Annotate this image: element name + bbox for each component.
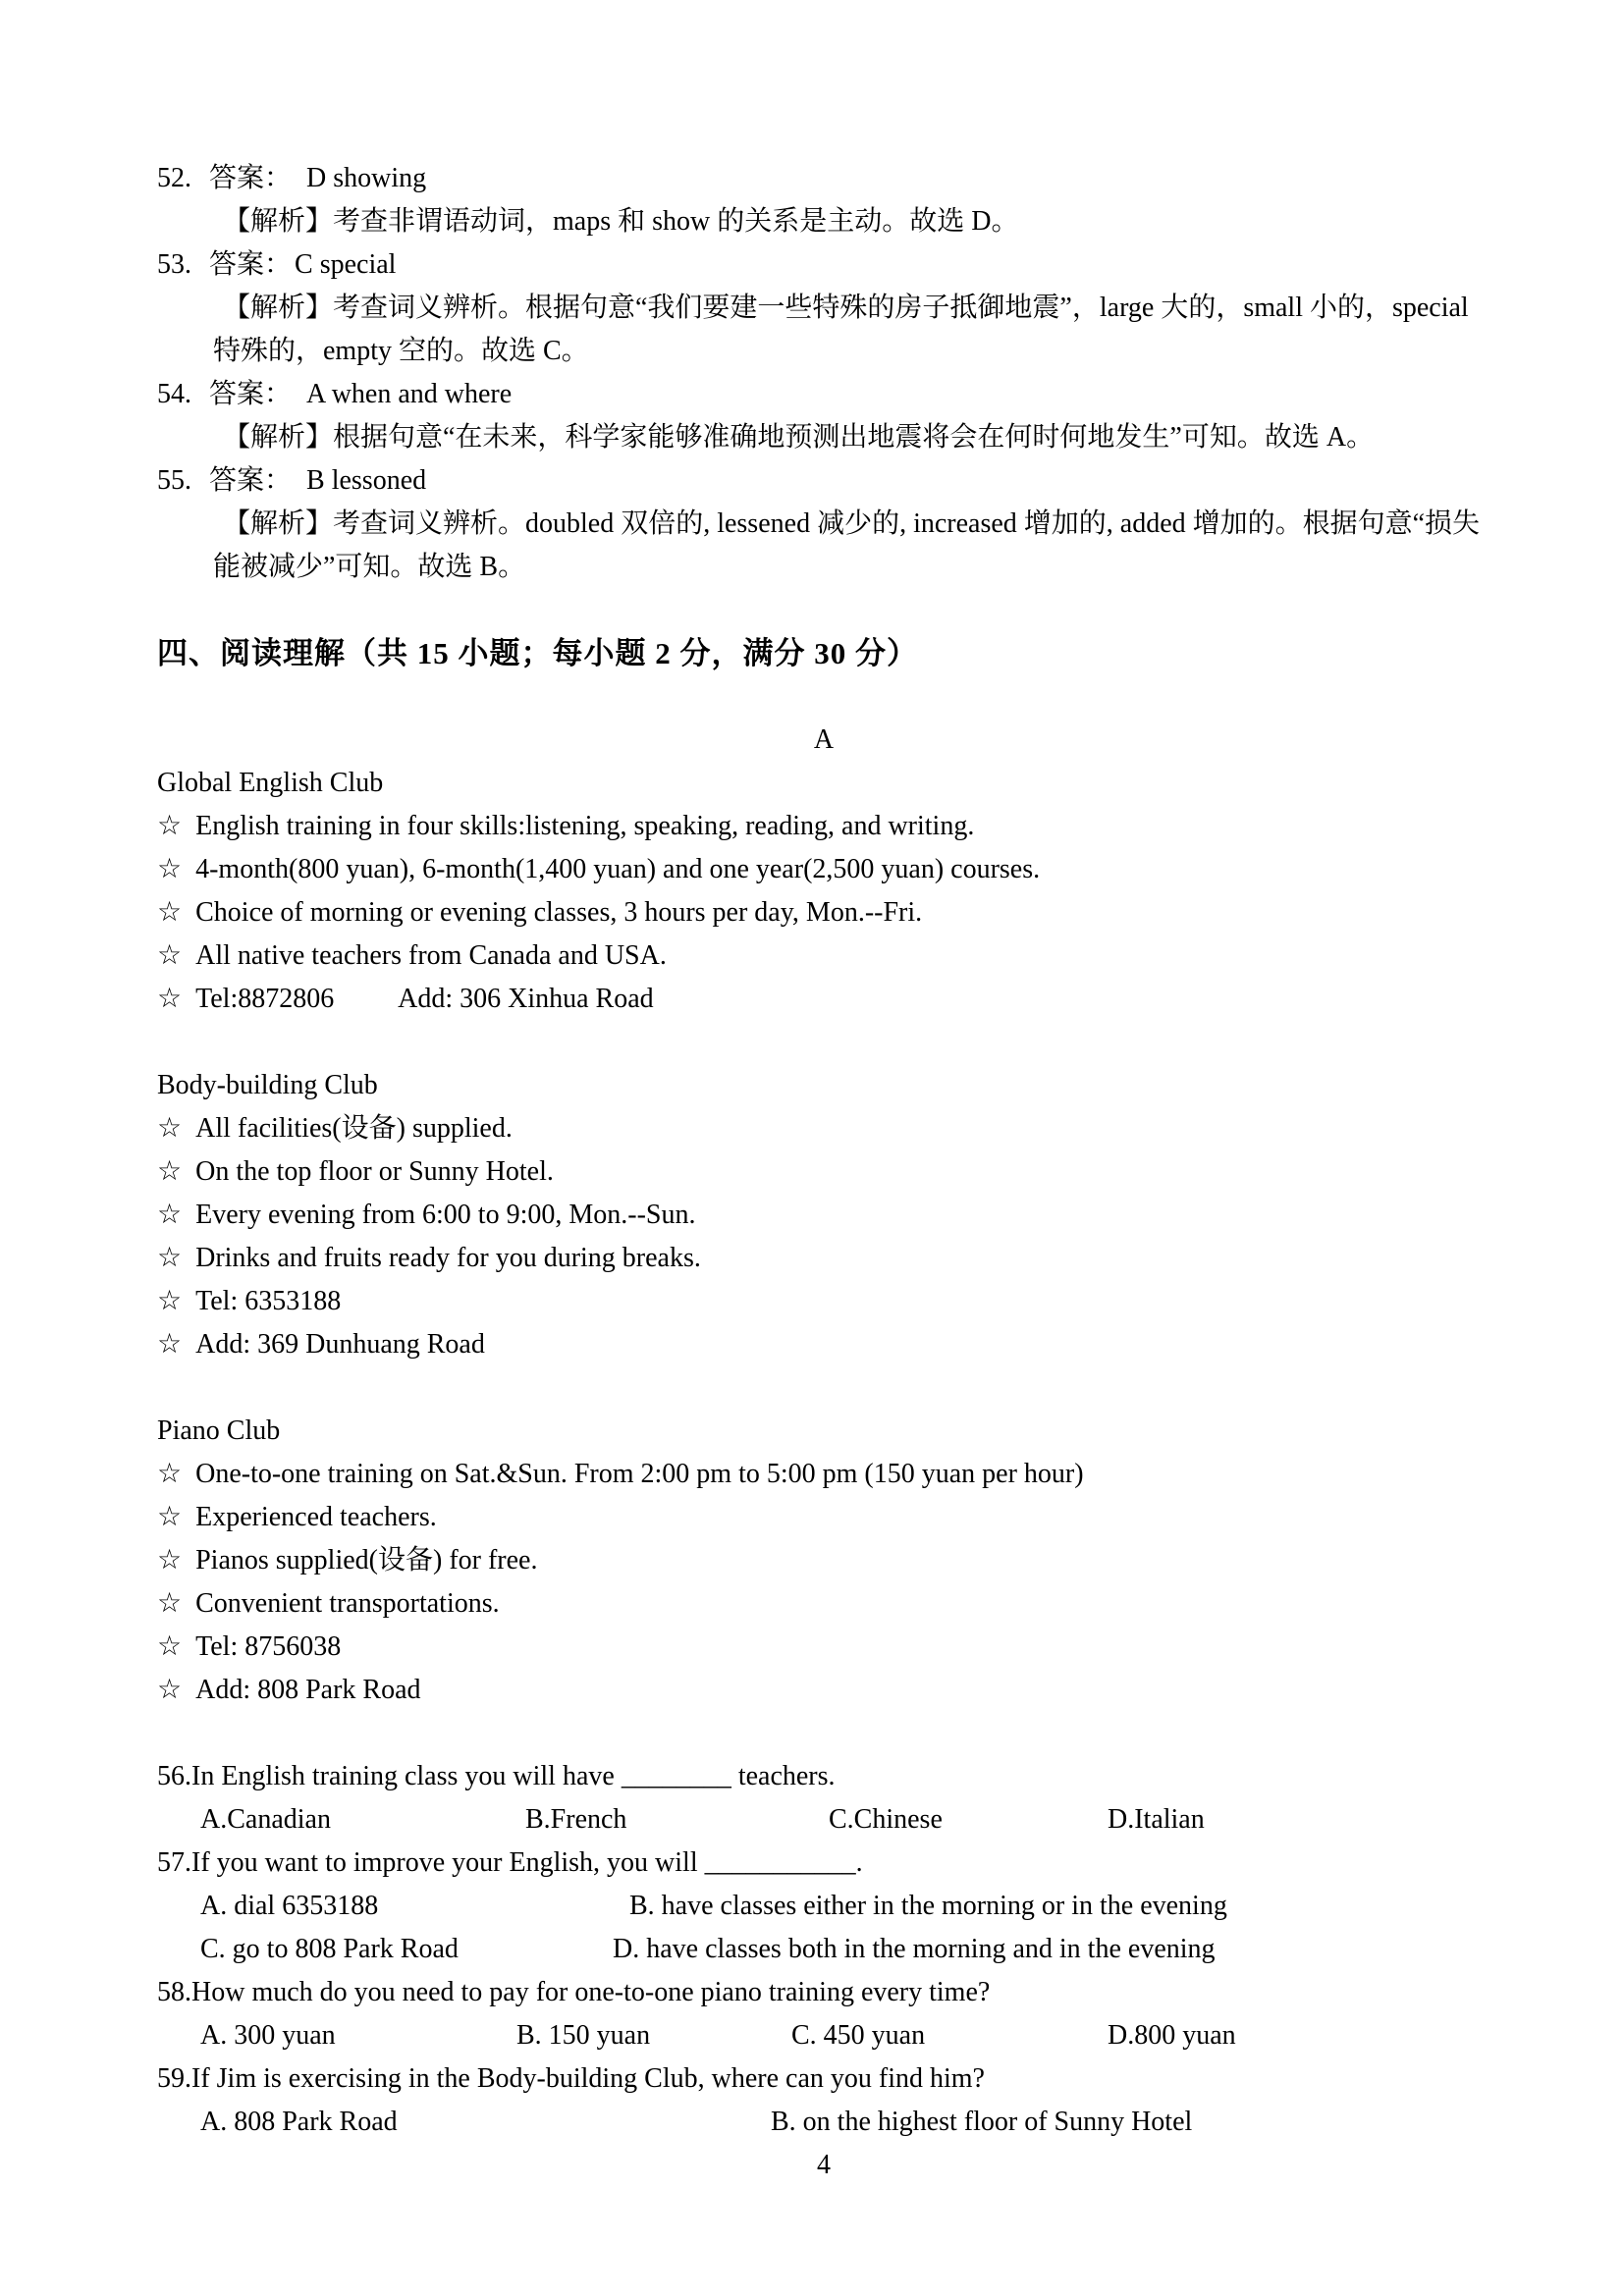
answer-label: 答案： [209,379,292,409]
question-options-58: A. 300 yuan B. 150 yuan C. 450 yuan D.80… [157,2014,1490,2057]
club-item-text: On the top floor or Sunny Hotel. [195,1156,554,1187]
club-bullet-item: ☆On the top floor or Sunny Hotel. [157,1150,1490,1194]
section-header: 四、阅读理解（共 15 小题；每小题 2 分，满分 30 分） [157,632,1490,675]
club-item-text: One-to-one training on Sat.&Sun. From 2:… [195,1459,1083,1489]
club-item-text: Tel: 8756038 [195,1631,341,1662]
star-icon: ☆ [157,978,182,1021]
option-b: B.French [525,1798,829,1842]
star-icon: ☆ [157,1107,182,1150]
club-address: Add: 306 Xinhua Road [398,984,654,1014]
option-d: D. have classes both in the morning and … [613,1928,1216,1971]
star-icon: ☆ [157,1669,182,1712]
star-icon: ☆ [157,891,182,934]
answer-line-53: 53.答案：C special [157,243,1490,287]
answer-number: 55. [157,465,191,496]
star-icon: ☆ [157,1626,182,1669]
club-bullet-item: ☆Convenient transportations. [157,1582,1490,1626]
club-bullet-item: ☆Add: 369 Dunhuang Road [157,1323,1490,1366]
club-item-text: Add: 369 Dunhuang Road [195,1329,485,1360]
answer-explanation-55: 【解析】考查词义辨析。doubled 双倍的, lessened 减少的, in… [157,503,1490,546]
question-options-59: A. 808 Park Road B. on the highest floor… [157,2101,1490,2144]
answer-number: 54. [157,379,191,409]
option-b: B. on the highest floor of Sunny Hotel [771,2101,1192,2144]
page-number: 4 [157,2144,1490,2187]
document-page: 52.答案：D showing 【解析】考查非谓语动词，maps 和 show … [0,0,1623,2296]
club-bullet-item: ☆Experienced teachers. [157,1496,1490,1539]
star-icon: ☆ [157,848,182,891]
star-icon: ☆ [157,805,182,848]
question-stem-59: 59.If Jim is exercising in the Body-buil… [157,2057,1490,2101]
option-a: A.Canadian [200,1798,525,1842]
star-icon: ☆ [157,1582,182,1626]
answer-explanation-53: 【解析】考查词义辨析。根据句意“我们要建一些特殊的房子抵御地震”，large 大… [157,287,1490,330]
option-d: D.800 yuan [1108,2014,1236,2057]
spacer [157,1021,1490,1064]
club-item-text: Every evening from 6:00 to 9:00, Mon.--S… [195,1200,695,1230]
club-item-text: Convenient transportations. [195,1588,500,1619]
star-icon: ☆ [157,934,182,978]
star-icon: ☆ [157,1194,182,1237]
club-item-text: 4-month(800 yuan), 6-month(1,400 yuan) a… [195,854,1040,884]
question-options-56: A.Canadian B.French C.Chinese D.Italian [157,1798,1490,1842]
star-icon: ☆ [157,1323,182,1366]
club-contact-line: ☆Tel:8872806Add: 306 Xinhua Road [157,978,1490,1021]
answer-explanation-52: 【解析】考查非谓语动词，maps 和 show 的关系是主动。故选 D。 [157,200,1490,243]
answer-value: D showing [306,163,426,193]
club-bullet-item: ☆Drinks and fruits ready for you during … [157,1237,1490,1280]
answer-line-54: 54.答案：A when and where [157,373,1490,416]
answer-value: C special [295,249,396,280]
club-item-text: Experienced teachers. [195,1502,437,1532]
answer-label: 答案： [209,163,292,193]
option-a: A. 808 Park Road [200,2101,771,2144]
answer-explanation-54: 【解析】根据句意“在未来，科学家能够准确地预测出地震将会在何时何地发生”可知。故… [157,416,1490,459]
star-icon: ☆ [157,1496,182,1539]
answer-explanation-53-cont: 特殊的，empty 空的。故选 C。 [157,330,1490,373]
spacer [157,1366,1490,1410]
club-bullet-item: ☆One-to-one training on Sat.&Sun. From 2… [157,1453,1490,1496]
club-item-text: Tel: 6353188 [195,1286,341,1316]
club-item-text: English training in four skills:listenin… [195,811,974,841]
club-bullet-item: ☆Pianos supplied(设备) for free. [157,1539,1490,1582]
star-icon: ☆ [157,1150,182,1194]
question-stem-57: 57.If you want to improve your English, … [157,1842,1490,1885]
club-bullet-item: ☆Tel: 8756038 [157,1626,1490,1669]
club-bullet-item: ☆Add: 808 Park Road [157,1669,1490,1712]
club-tel: Tel:8872806 [195,978,398,1021]
page-content: 52.答案：D showing 【解析】考查非谓语动词，maps 和 show … [157,157,1490,2187]
club-bullet-item: ☆4-month(800 yuan), 6-month(1,400 yuan) … [157,848,1490,891]
answer-line-52: 52.答案：D showing [157,157,1490,200]
spacer [157,675,1490,719]
answer-line-55: 55.答案：B lessoned [157,459,1490,503]
club-item-text: Choice of morning or evening classes, 3 … [195,897,922,928]
club-item-text: All facilities(设备) supplied. [195,1113,513,1144]
answer-explanation-55-cont: 能被减少”可知。故选 B。 [157,546,1490,589]
passage-label: A [157,719,1490,762]
answer-number: 52. [157,163,191,193]
club-bullet-item: ☆Choice of morning or evening classes, 3… [157,891,1490,934]
club-title-body-building: Body-building Club [157,1064,1490,1107]
star-icon: ☆ [157,1237,182,1280]
club-item-text: Add: 808 Park Road [195,1675,420,1705]
option-a: A. 300 yuan [200,2014,516,2057]
club-bullet-item: ☆All facilities(设备) supplied. [157,1107,1490,1150]
club-item-text: Drinks and fruits ready for you during b… [195,1243,701,1273]
club-title-piano: Piano Club [157,1410,1490,1453]
club-bullet-item: ☆Every evening from 6:00 to 9:00, Mon.--… [157,1194,1490,1237]
club-item-text: Pianos supplied(设备) for free. [195,1545,537,1575]
star-icon: ☆ [157,1280,182,1323]
option-c: C.Chinese [829,1798,1108,1842]
answer-label: 答案： [209,465,292,496]
question-options-57-row1: A. dial 6353188 B. have classes either i… [157,1885,1490,1928]
answer-label: 答案： [209,249,292,280]
option-c: C. go to 808 Park Road [200,1928,613,1971]
option-c: C. 450 yuan [791,2014,1108,2057]
club-title-global-english: Global English Club [157,762,1490,805]
question-options-57-row2: C. go to 808 Park Road D. have classes b… [157,1928,1490,1971]
answer-number: 53. [157,249,191,280]
question-stem-56: 56.In English training class you will ha… [157,1755,1490,1798]
club-item-text: All native teachers from Canada and USA. [195,940,667,971]
question-stem-58: 58.How much do you need to pay for one-t… [157,1971,1490,2014]
option-b: B. have classes either in the morning or… [629,1885,1227,1928]
option-b: B. 150 yuan [516,2014,791,2057]
club-bullet-item: ☆All native teachers from Canada and USA… [157,934,1490,978]
spacer [157,589,1490,632]
answer-value: A when and where [306,379,512,409]
answer-value: B lessoned [306,465,426,496]
star-icon: ☆ [157,1539,182,1582]
club-bullet-item: ☆Tel: 6353188 [157,1280,1490,1323]
club-bullet-item: ☆English training in four skills:listeni… [157,805,1490,848]
star-icon: ☆ [157,1453,182,1496]
option-a: A. dial 6353188 [200,1885,629,1928]
spacer [157,1712,1490,1755]
option-d: D.Italian [1108,1798,1205,1842]
